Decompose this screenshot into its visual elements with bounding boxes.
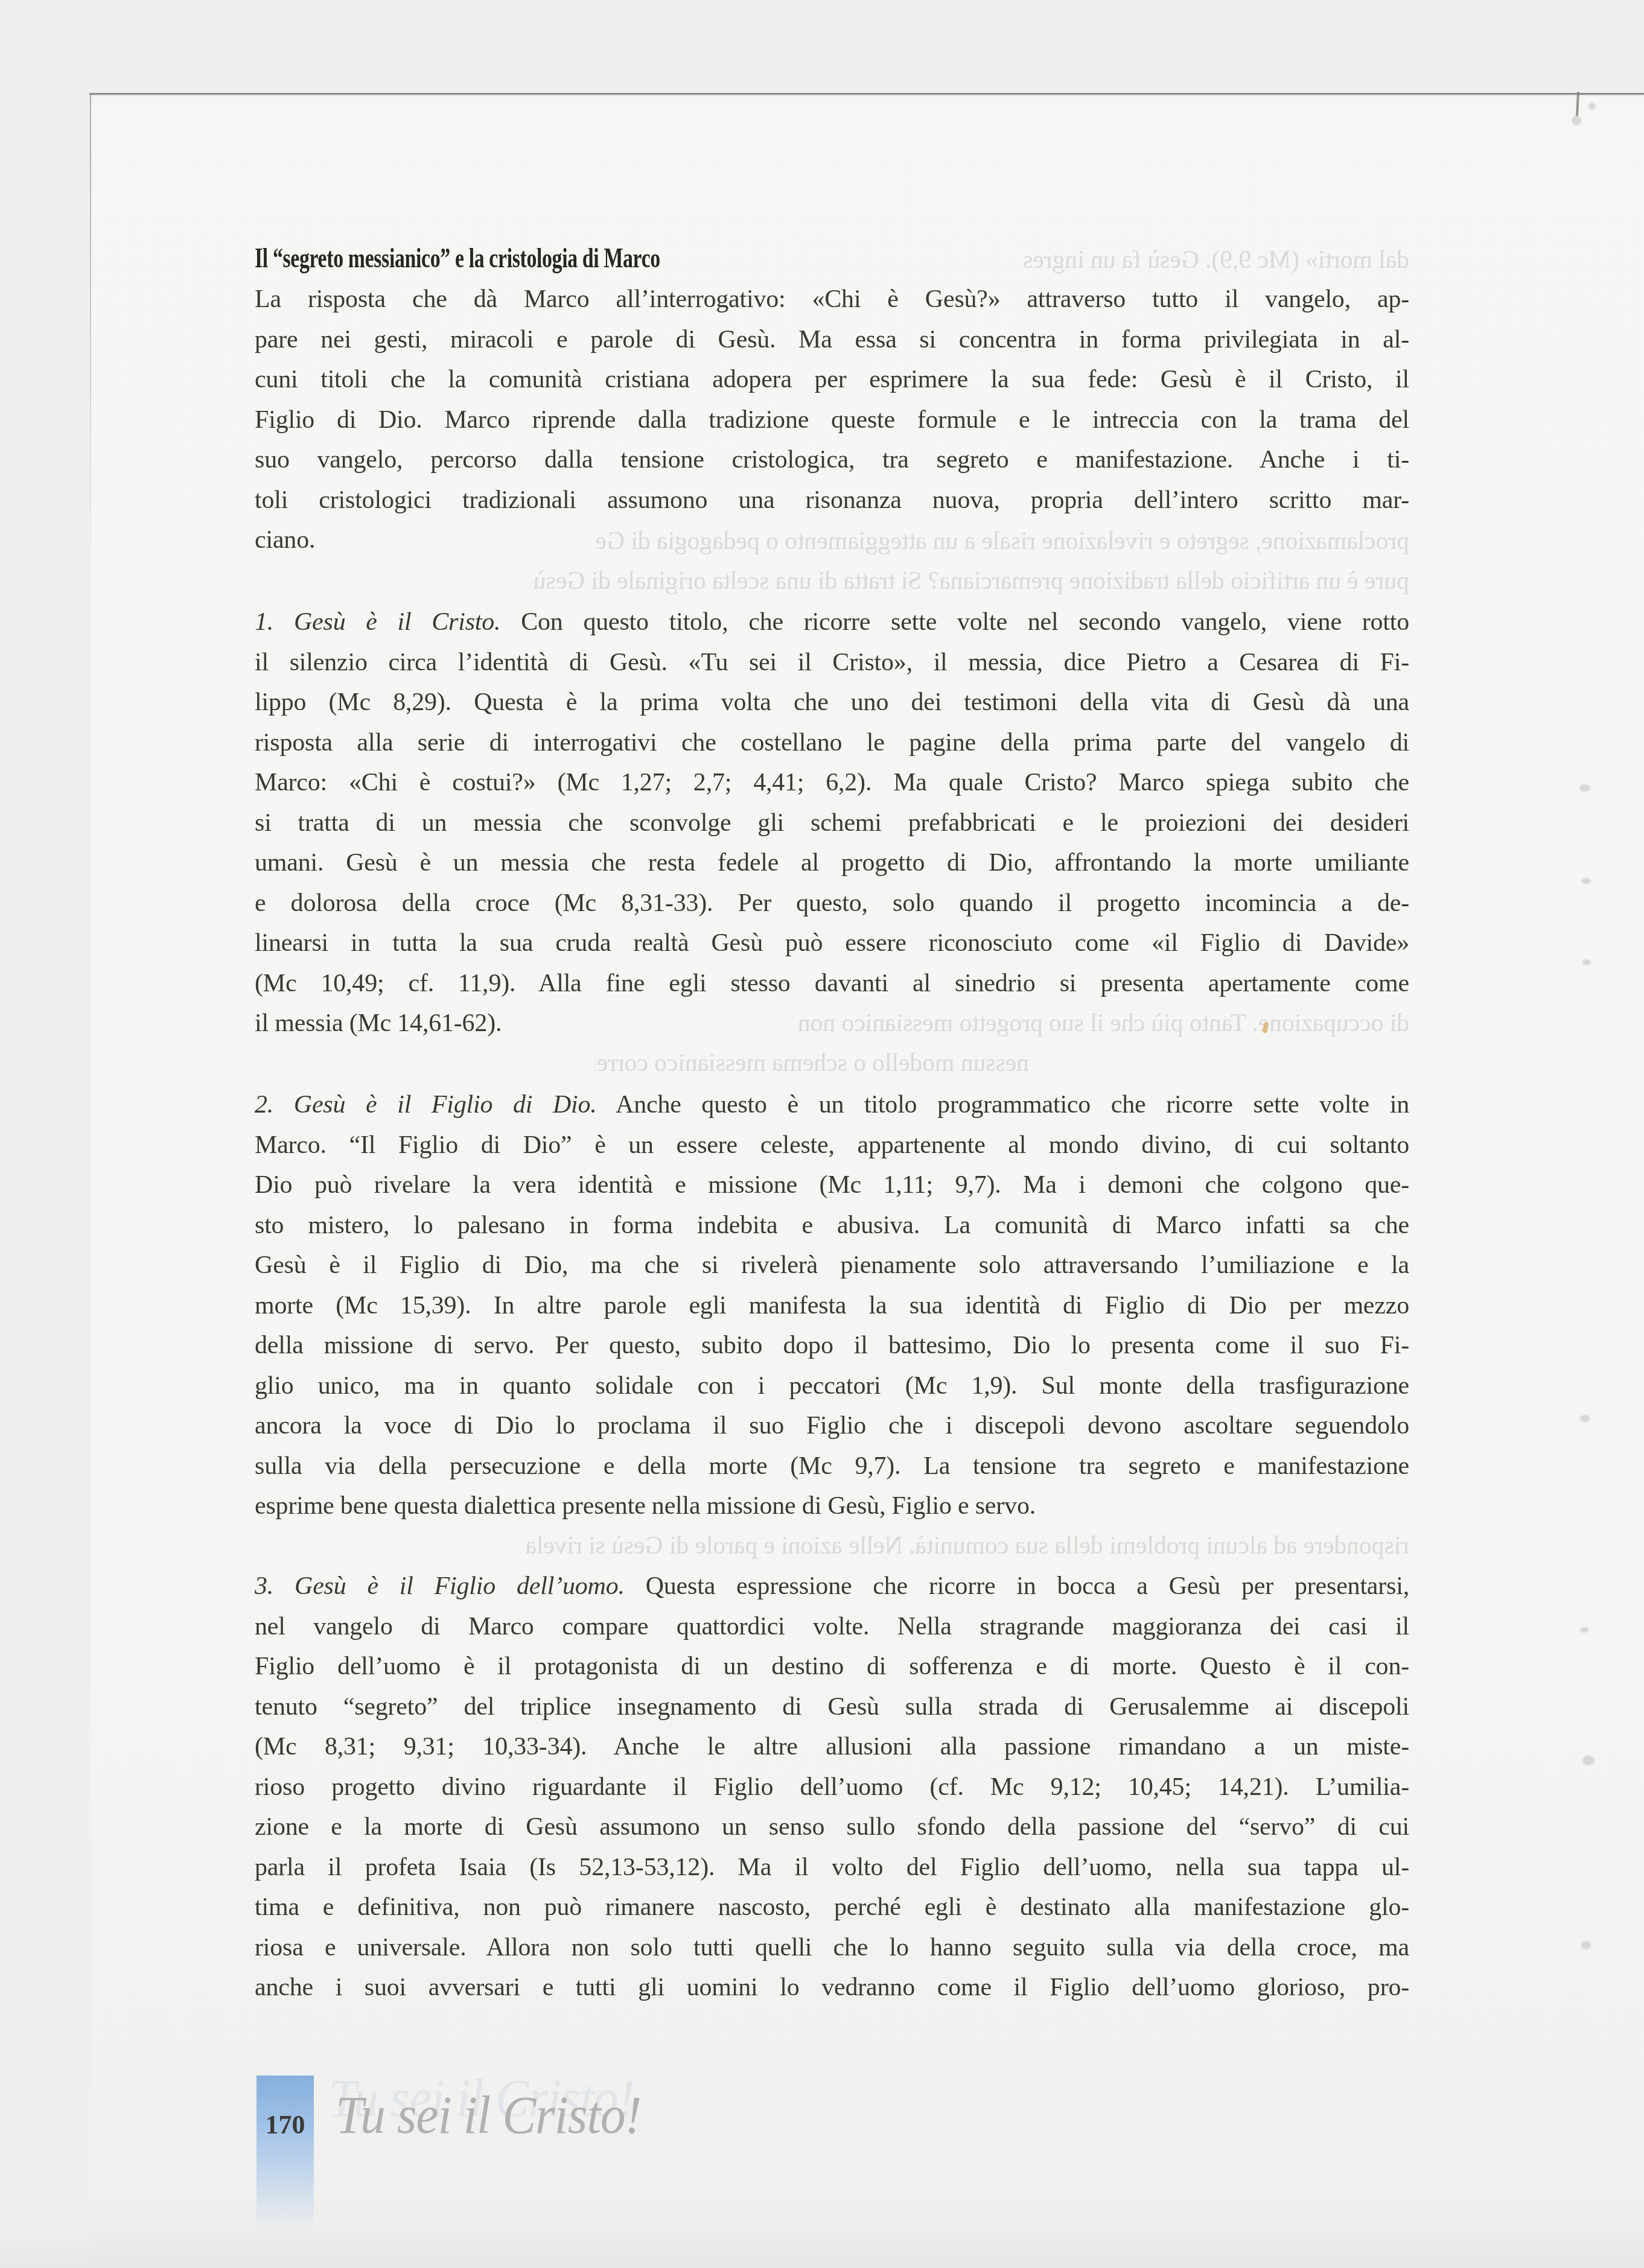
bleed-through-line: rispondere ad alcuni problemi della sua … <box>255 1526 1409 1566</box>
body-line: Gesù è il Figlio di Dio, ma che si rivel… <box>255 1245 1409 1286</box>
body-line: 3. Gesù è il Figlio dell’uomo. Questa es… <box>255 1566 1409 1607</box>
page-top-edge <box>89 93 1644 95</box>
scanned-book-page: Il “segreto messianico” e la cristologia… <box>0 0 1644 2268</box>
body-line: della missione di servo. Per questo, sub… <box>255 1326 1409 1366</box>
bleed-through-line: nessun modello o schema messianico corre… <box>594 1043 1029 1084</box>
page-bottom-shadow <box>0 2226 1644 2268</box>
scan-mark <box>1580 1415 1590 1422</box>
bleed-through-line: dal morti» (Mc 9,9). Gesù fa un ingres <box>712 240 1409 281</box>
scan-mark <box>1581 1941 1591 1949</box>
scan-mark <box>1582 1756 1595 1765</box>
body-line: morte (Mc 15,39). In altre parole egli m… <box>255 1286 1409 1326</box>
body-line: umani. Gesù è un messia che resta fedele… <box>255 843 1409 883</box>
body-line: (Mc 10,49; cf. 11,9). Alla fine egli ste… <box>255 964 1409 1004</box>
body-line: si tratta di un messia che sconvolge gli… <box>255 803 1409 843</box>
bleed-through-line: proclamazione, segreto e rivelazione ris… <box>374 521 1409 562</box>
page-number: 170 <box>256 2107 314 2143</box>
scan-mark <box>1579 784 1590 792</box>
page-number-bar <box>256 2076 314 2231</box>
paragraph-lead-italic: 2. Gesù è il Figlio di Dio. <box>255 1091 597 1119</box>
section-heading: Il “segreto messianico” e la cristologia… <box>255 240 660 276</box>
body-line: La risposta che dà Marco all’interrogati… <box>255 279 1409 320</box>
paragraph-lead-italic: 3. Gesù è il Figlio dell’uomo. <box>255 1572 625 1600</box>
body-line: parla il profeta Isaia (Is 52,13-53,12).… <box>255 1847 1409 1888</box>
body-line: glio unico, ma in quanto solidale con i … <box>255 1366 1409 1406</box>
body-line: Marco. “Il Figlio di Dio” è un essere ce… <box>255 1125 1409 1166</box>
scan-mark <box>1582 959 1591 965</box>
body-line: lippo (Mc 8,29). Questa è la prima volta… <box>255 682 1409 723</box>
paragraph: La risposta che dà Marco all’interrogati… <box>255 279 1409 561</box>
body-line: rioso progetto divino riguardante il Fig… <box>255 1767 1409 1808</box>
body-line: toli cristologici tradizionali assumono … <box>255 480 1409 521</box>
body-line: zione e la morte di Gesù assumono un sen… <box>255 1807 1409 1847</box>
body-line: Marco: «Chi è costui?» (Mc 1,27; 2,7; 4,… <box>255 763 1409 803</box>
body-line: riosa e universale. Allora non solo tutt… <box>255 1928 1409 1968</box>
body-line: nel vangelo di Marco compare quattordici… <box>255 1607 1409 1647</box>
body-line: Figlio di Dio. Marco riprende dalla trad… <box>255 400 1409 440</box>
scan-mark <box>1588 103 1596 110</box>
scan-mark <box>1580 1627 1588 1633</box>
body-line: Figlio dell’uomo è il protagonista di un… <box>255 1647 1409 1687</box>
body-line: sto mistero, lo palesano in forma indebi… <box>255 1205 1409 1246</box>
paragraph: 1. Gesù è il Cristo. Con questo titolo, … <box>255 602 1409 1044</box>
body-line: esprime bene questa dialettica presente … <box>255 1486 1409 1526</box>
body-line: linearsi in tutta la sua cruda realtà Ge… <box>255 923 1409 964</box>
body-line: cuni titoli che la comunità cristiana ad… <box>255 360 1409 400</box>
body-line: tenuto “segreto” del triplice insegnamen… <box>255 1687 1409 1727</box>
body-line: suo vangelo, percorso dalla tensione cri… <box>255 440 1409 480</box>
scan-mark <box>1581 878 1591 884</box>
bleed-through-line: pure è un artificio della tradizione pre… <box>255 561 1409 602</box>
body-line: (Mc 8,31; 9,31; 10,33-34). Anche le altr… <box>255 1727 1409 1767</box>
running-title: Tu sei il Cristo! <box>336 2077 641 2155</box>
body-line: ancora la voce di Dio lo proclama il suo… <box>255 1406 1409 1446</box>
scan-artifact-blob <box>1572 116 1581 125</box>
body-line: 1. Gesù è il Cristo. Con questo titolo, … <box>255 602 1409 643</box>
paragraph: 2. Gesù è il Figlio di Dio. Anche questo… <box>255 1085 1409 1526</box>
body-line: e dolorosa della croce (Mc 8,31-33). Per… <box>255 883 1409 924</box>
bleed-through-line: di occupazione. Tanto più che il suo pro… <box>591 1003 1409 1044</box>
page-left-edge <box>90 95 91 565</box>
body-line: risposta alla serie di interrogativi che… <box>255 723 1409 763</box>
paragraph-lead-italic: 1. Gesù è il Cristo. <box>255 608 500 636</box>
body-line: Dio può rivelare la vera identità e miss… <box>255 1165 1409 1205</box>
body-line: pare nei gesti, miracoli e parole di Ges… <box>255 320 1409 360</box>
body-line: anche i suoi avversari e tutti gli uomin… <box>255 1968 1409 2008</box>
body-line: 2. Gesù è il Figlio di Dio. Anche questo… <box>255 1085 1409 1125</box>
body-line: sulla via della persecuzione e della mor… <box>255 1446 1409 1487</box>
paragraph: 3. Gesù è il Figlio dell’uomo. Questa es… <box>255 1566 1409 2008</box>
body-line: il silenzio circa l’identità di Gesù. «T… <box>255 643 1409 683</box>
body-line: tima e definitiva, non può rimanere nasc… <box>255 1887 1409 1928</box>
